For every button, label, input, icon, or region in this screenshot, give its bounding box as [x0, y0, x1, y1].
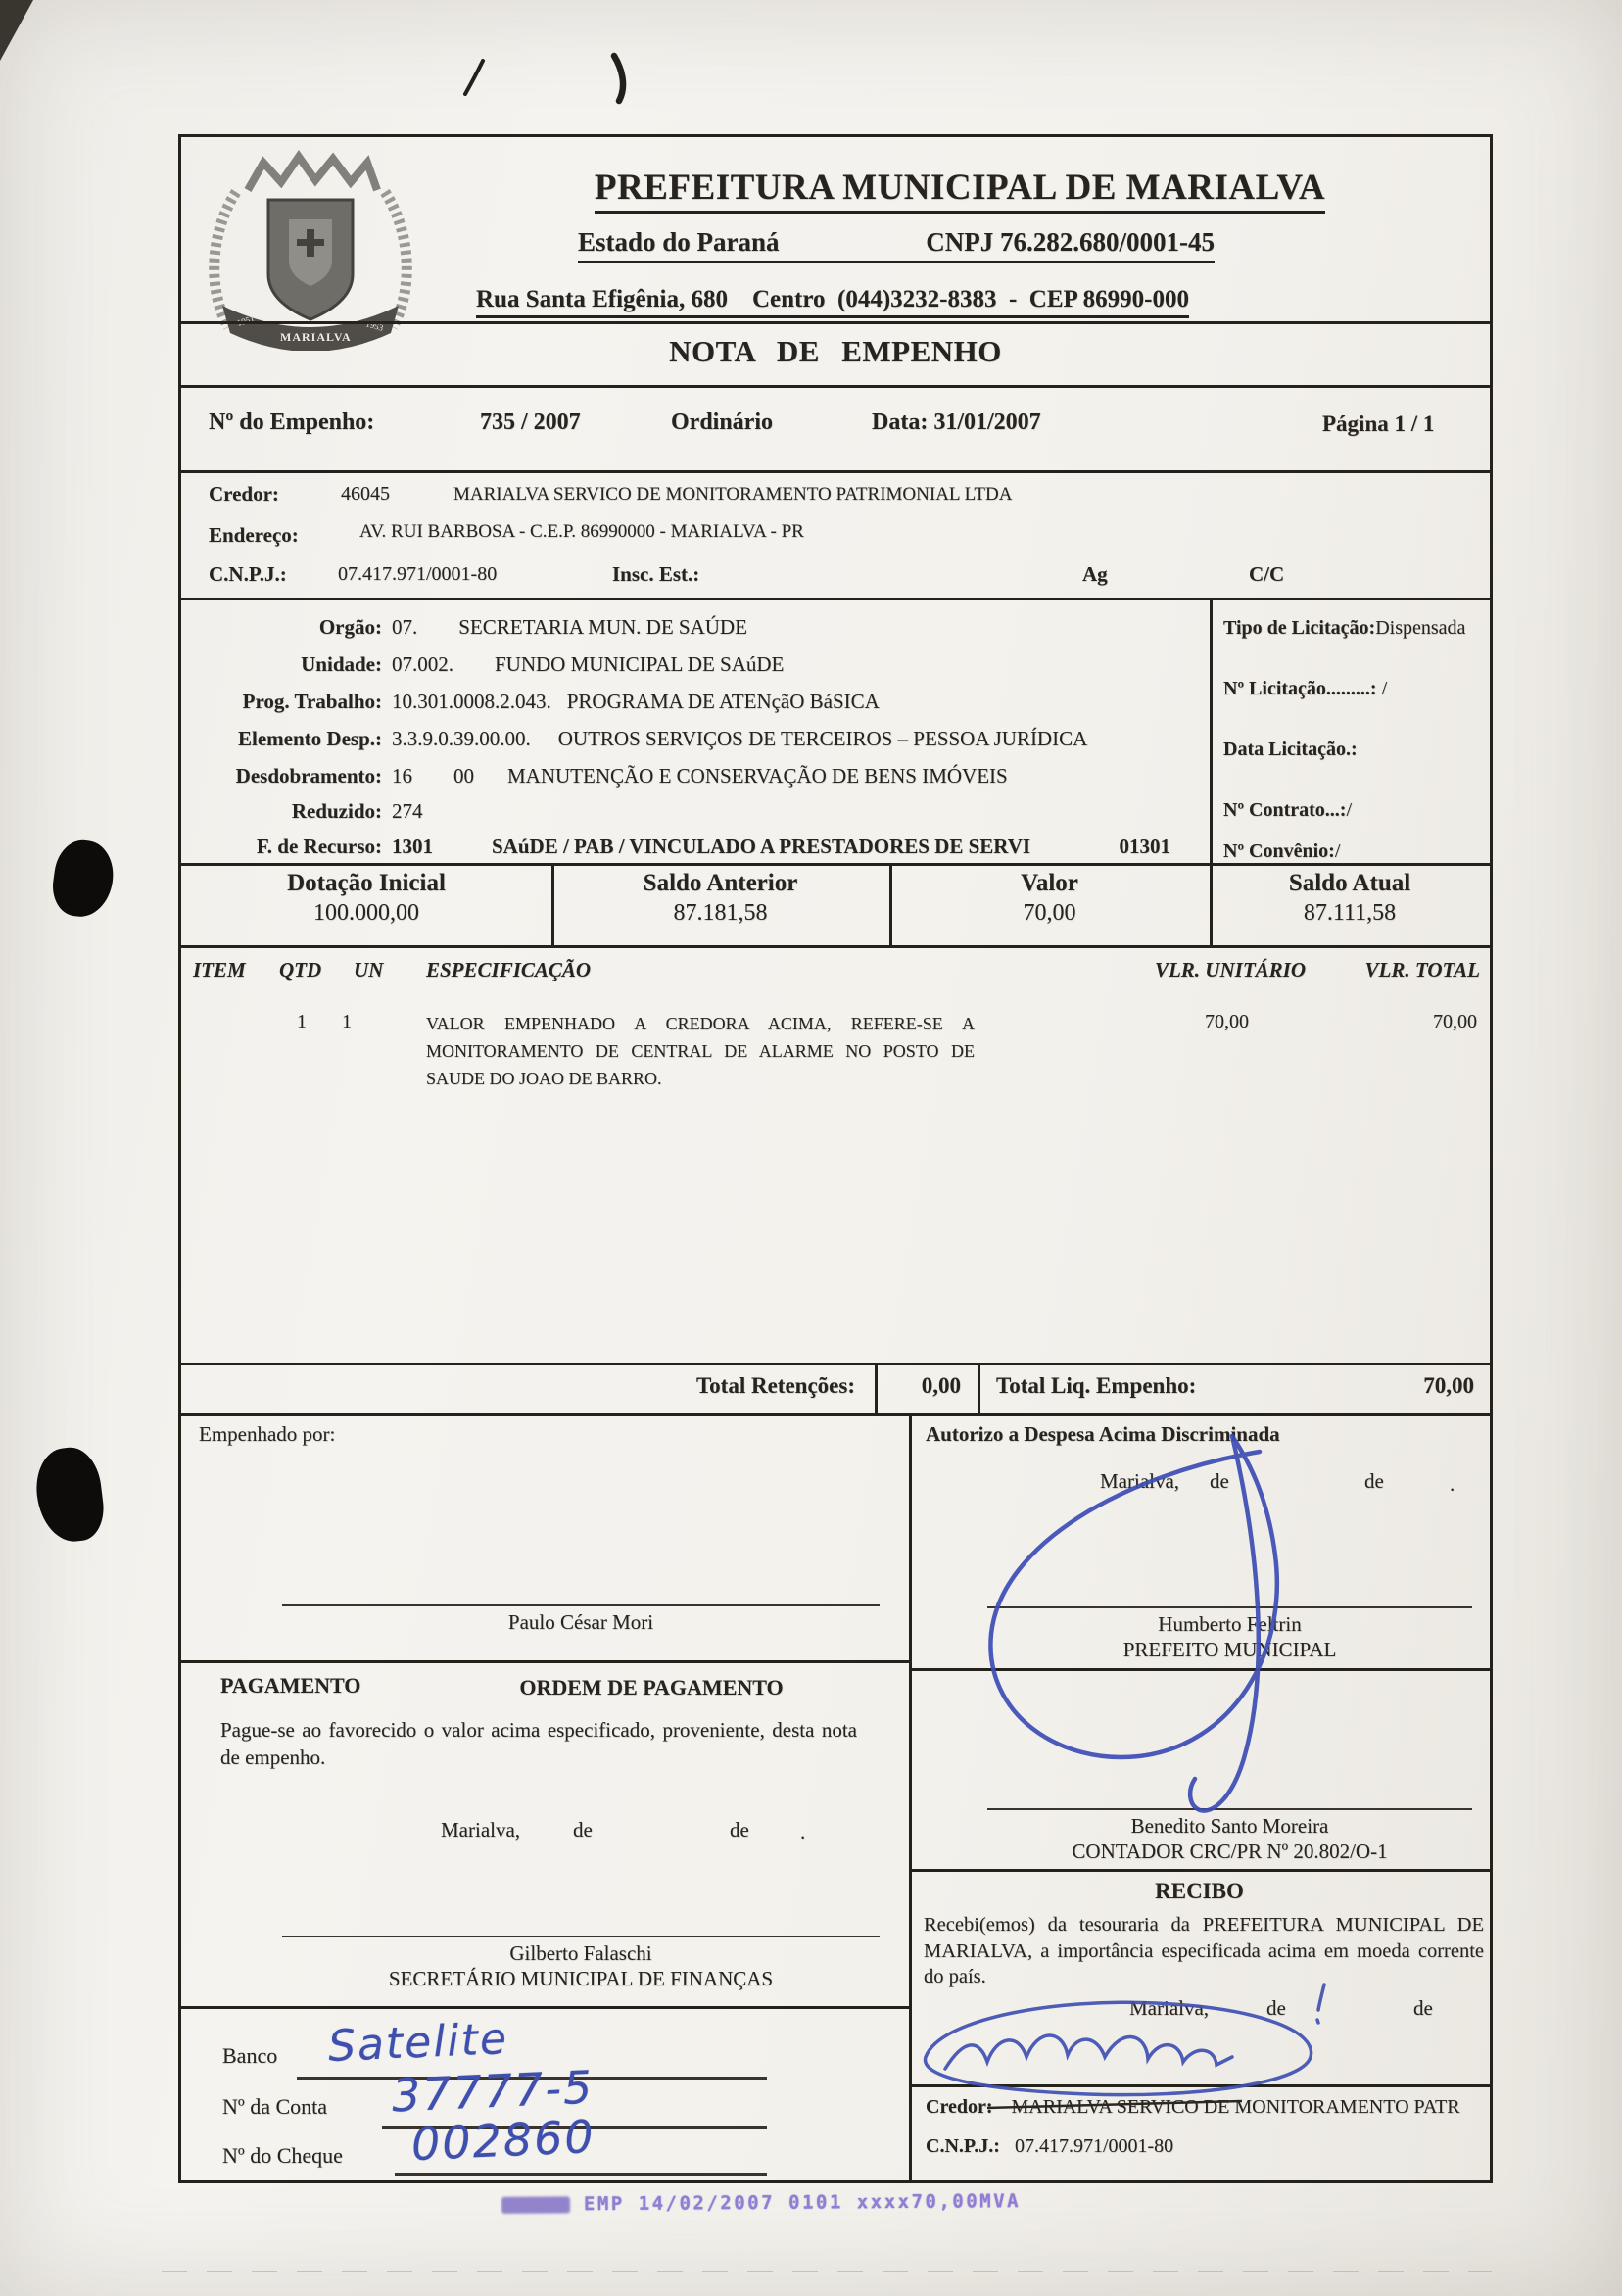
hole-punch-mark — [49, 837, 118, 921]
credor-code: 46045 — [341, 483, 390, 505]
de-label: de — [1413, 1996, 1433, 2021]
nota-de-empenho-form: 1951 MARIALVA 1953 PREFEITURA MUNICIPAL … — [178, 134, 1493, 2183]
row-label: F. de Recurso: — [181, 835, 382, 859]
cheque-field-line — [395, 2173, 767, 2176]
org-address: Rua Santa Efigênia, 680 Centro (044)3232… — [476, 286, 1189, 318]
hole-punch-mark — [31, 1444, 107, 1545]
licitacao-label: Nº Licitação.........: — [1223, 678, 1377, 699]
classification-row: Orgão: 07. SECRETARIA MUN. DE SAÚDE — [181, 615, 1200, 640]
agencia-label: Ag — [1082, 562, 1108, 587]
row-desc: SAúDE / PAB / VINCULADO A PRESTADORES DE… — [492, 835, 1030, 859]
de-label: de — [1364, 1469, 1384, 1494]
city-label: Marialva, — [441, 1818, 520, 1842]
row-label: Prog. Trabalho: — [181, 690, 382, 714]
page-label: Página — [1322, 411, 1389, 436]
licitacao-label: Nº Contrato...: — [1223, 799, 1346, 821]
items-header-vlr-total: VLR. TOTAL — [1340, 958, 1480, 982]
section-divider — [178, 1363, 1493, 1365]
row-extra-code: 01301 — [1120, 835, 1171, 859]
row-code: 10.301.0008.2.043. — [392, 690, 551, 714]
saldo-value: 87.181,58 — [551, 897, 889, 927]
finance-signer-role: SECRETÁRIO MUNICIPAL DE FINANÇAS — [282, 1967, 880, 1991]
row-label: Reduzido: — [181, 799, 382, 824]
licitacao-label: Nº Convênio: — [1223, 840, 1335, 862]
classification-row: F. de Recurso: 1301 SAúDE / PAB / VINCUL… — [181, 835, 1200, 859]
saldo-value: 70,00 — [889, 897, 1210, 927]
section-divider — [178, 1413, 1493, 1416]
empenho-number: 735 / 2007 — [480, 409, 581, 436]
item-qtd: 1 — [318, 1011, 352, 1033]
period-mark: . — [1450, 1472, 1455, 1497]
section-divider — [909, 2084, 1490, 2087]
row-code: 274 — [392, 799, 423, 824]
autorizo-title: Autorizo a Despesa Acima Discriminada — [926, 1422, 1280, 1447]
row-label: Orgão: — [181, 615, 382, 640]
empenhado-signer-name: Paulo César Mori — [282, 1610, 880, 1635]
row-code: 1301 — [392, 835, 433, 859]
classification-row: Elemento Desp.: 3.3.9.0.39.00.00. OUTROS… — [181, 727, 1200, 751]
conta-label: Nº da Conta — [222, 2094, 327, 2120]
recibo-cnpj-label: C.N.P.J.: — [926, 2135, 1000, 2157]
row-code: 3.3.9.0.39.00.00. — [392, 727, 531, 751]
cheque-label: Nº do Cheque — [222, 2143, 343, 2169]
saldo-label: Saldo Anterior — [551, 863, 889, 897]
pagamento-title: PAGAMENTO — [220, 1673, 360, 1698]
de-label: de — [730, 1818, 749, 1842]
saldo-cell: Saldo Atual 87.111,58 — [1210, 863, 1490, 927]
item-number: 1 — [240, 1011, 307, 1033]
contador-role: CONTADOR CRC/PR Nº 20.802/O-1 — [987, 1840, 1472, 1864]
wreath-left — [215, 192, 236, 327]
section-divider — [178, 321, 1493, 324]
row-label: Desdobramento: — [181, 764, 382, 789]
state-label: Estado do Paraná — [578, 227, 780, 258]
cnpj-value: 07.417.971/0001-80 — [338, 563, 497, 586]
document-org-title: PREFEITURA MUNICIPAL DE MARIALVA — [595, 167, 1325, 214]
prefeito-name: Humberto Feltrin — [987, 1612, 1472, 1637]
endereco-value: AV. RUI BARBOSA - C.E.P. 86990000 - MARI… — [359, 521, 804, 543]
row-code: 07.002. — [392, 652, 453, 677]
total-liq-value: 70,00 — [1337, 1373, 1474, 1399]
licitacao-value: / — [1377, 678, 1388, 699]
licitacao-label: Tipo de Licitação: — [1223, 617, 1375, 639]
de-label: de — [573, 1818, 593, 1842]
empenho-date: 31/01/2007 — [933, 409, 1040, 435]
insc-est-label: Insc. Est.: — [612, 562, 699, 587]
column-divider — [909, 1413, 912, 2180]
wreath-right — [385, 192, 406, 327]
row-desc: MANUTENÇÃO E CONSERVAÇÃO DE BENS IMÓVEIS — [507, 764, 1008, 789]
contador-name: Benedito Santo Moreira — [987, 1814, 1472, 1839]
recibo-credor-label: Credor: — [926, 2096, 993, 2118]
licitacao-panel: Tipo de Licitação:Dispensada Nº Licitaçã… — [1210, 598, 1490, 863]
pagamento-text: Pague-se ao favorecido o valor acima esp… — [220, 1716, 857, 1772]
empenhado-por-label: Empenhado por: — [199, 1422, 335, 1447]
credor-label: Credor: — [209, 482, 279, 506]
section-divider — [178, 385, 1493, 388]
scan-bottom-edge — [162, 2271, 1492, 2272]
item-vlr-unitario: 70,00 — [1102, 1011, 1249, 1033]
pen-marks — [465, 56, 623, 101]
recibo-credor-value: MARIALVA SERVICO DE MONITORAMENTO PATR — [1012, 2096, 1460, 2118]
classification-row: Reduzido: 274 — [181, 799, 1200, 824]
items-header-qtd: QTD — [279, 958, 321, 982]
scan-corner-artifact — [0, 0, 33, 61]
item-vlr-total: 70,00 — [1340, 1011, 1477, 1033]
period-mark: . — [800, 1820, 805, 1844]
ordem-pagamento-title: ORDEM DE PAGAMENTO — [475, 1675, 828, 1700]
recibo-title: RECIBO — [909, 1879, 1490, 1904]
saldo-label: Dotação Inicial — [181, 863, 551, 897]
signature-line — [987, 1606, 1472, 1608]
de-label: de — [1210, 1469, 1229, 1494]
signature-line — [987, 1808, 1472, 1810]
bank-validation-stamp: EMP 14/02/2007 0101 xxxx70,00MVA — [501, 2190, 1021, 2216]
row-code: 16 00 — [392, 764, 474, 789]
section-divider — [178, 1660, 909, 1663]
city-label: Marialva, — [1129, 1996, 1209, 2021]
signature-line — [282, 1604, 880, 1606]
saldo-cell: Saldo Anterior 87.181,58 — [551, 863, 889, 927]
licitacao-label: Data Licitação.: — [1223, 739, 1358, 760]
stamp-text: EMP 14/02/2007 0101 xxxx70,00MVA — [584, 2190, 1021, 2215]
section-divider — [178, 2006, 909, 2009]
row-label: Elemento Desp.: — [181, 727, 382, 751]
saldo-label: Saldo Atual — [1210, 863, 1490, 897]
row-desc: FUNDO MUNICIPAL DE SAúDE — [495, 652, 784, 677]
saldo-label: Valor — [889, 863, 1210, 897]
row-code: 07. — [392, 615, 417, 640]
saldo-cell: Valor 70,00 — [889, 863, 1210, 927]
saldo-value: 100.000,00 — [181, 897, 551, 927]
stamp-smudge — [501, 2196, 570, 2213]
document-title: NOTA DE EMPENHO — [181, 334, 1490, 369]
classification-row: Desdobramento: 16 00 MANUTENÇÃO E CONSER… — [181, 764, 1200, 789]
banco-handwritten-value: Satelite — [327, 2014, 509, 2072]
licitacao-value: / — [1335, 840, 1341, 862]
conta-corrente-label: C/C — [1249, 562, 1284, 587]
column-divider — [978, 1363, 980, 1413]
row-desc: PROGRAMA DE ATENçãO BáSICA — [567, 690, 880, 714]
section-divider — [178, 945, 1493, 948]
items-header-espec: ESPECIFICAÇÃO — [426, 958, 591, 982]
items-header-item: ITEM — [193, 958, 246, 982]
licitacao-value: Dispensada — [1375, 617, 1465, 639]
finance-signer-name: Gilberto Falaschi — [282, 1941, 880, 1966]
de-label: de — [1266, 1996, 1286, 2021]
page-number: 1 / 1 — [1394, 411, 1434, 436]
signature-line — [282, 1936, 880, 1937]
recibo-text: Recebi(emos) da tesouraria da PREFEITURA… — [924, 1912, 1484, 1990]
row-desc: SECRETARIA MUN. DE SAÚDE — [458, 615, 747, 640]
total-liq-label: Total Liq. Empenho: — [996, 1373, 1196, 1399]
credor-name: MARIALVA SERVICO DE MONITORAMENTO PATRIM… — [453, 484, 1012, 505]
total-retencoes-value: 0,00 — [875, 1373, 961, 1399]
row-desc: OUTROS SERVIÇOS DE TERCEIROS – PESSOA JU… — [558, 727, 1088, 751]
item-especificacao: VALOR EMPENHADO A CREDORA ACIMA, REFERE-… — [426, 1011, 975, 1093]
empenho-date-label: Data: — [872, 409, 928, 435]
empenho-type: Ordinário — [671, 409, 773, 436]
crown-icon — [248, 157, 377, 190]
saldo-cell: Dotação Inicial 100.000,00 — [181, 863, 551, 927]
empenho-number-label: Nº do Empenho: — [209, 409, 374, 436]
section-divider — [909, 1869, 1490, 1872]
row-label: Unidade: — [181, 652, 382, 677]
banco-label: Banco — [222, 2043, 277, 2069]
saldo-value: 87.111,58 — [1210, 897, 1490, 927]
classification-row: Prog. Trabalho: 10.301.0008.2.043. PROGR… — [181, 690, 1200, 714]
section-divider — [909, 1668, 1490, 1671]
city-label: Marialva, — [1100, 1469, 1179, 1494]
items-header-un: UN — [354, 958, 383, 982]
prefeito-role: PREFEITO MUNICIPAL — [987, 1638, 1472, 1662]
cnpj-label: C.N.P.J.: — [209, 562, 287, 587]
section-divider — [178, 470, 1493, 473]
org-cnpj: CNPJ 76.282.680/0001-45 — [926, 227, 1215, 258]
classification-row: Unidade: 07.002. FUNDO MUNICIPAL DE SAúD… — [181, 652, 1200, 677]
endereco-label: Endereço: — [209, 523, 299, 548]
items-header-vlr-unitario: VLR. UNITÁRIO — [1110, 958, 1306, 982]
total-retencoes-label: Total Retenções: — [181, 1373, 855, 1399]
cross-icon — [297, 239, 324, 246]
recibo-cnpj-value: 07.417.971/0001-80 — [1015, 2135, 1173, 2157]
licitacao-value: / — [1346, 799, 1352, 821]
scanned-document-page: 1951 MARIALVA 1953 PREFEITURA MUNICIPAL … — [0, 0, 1622, 2296]
cheque-handwritten-value: 002860 — [410, 2110, 596, 2171]
